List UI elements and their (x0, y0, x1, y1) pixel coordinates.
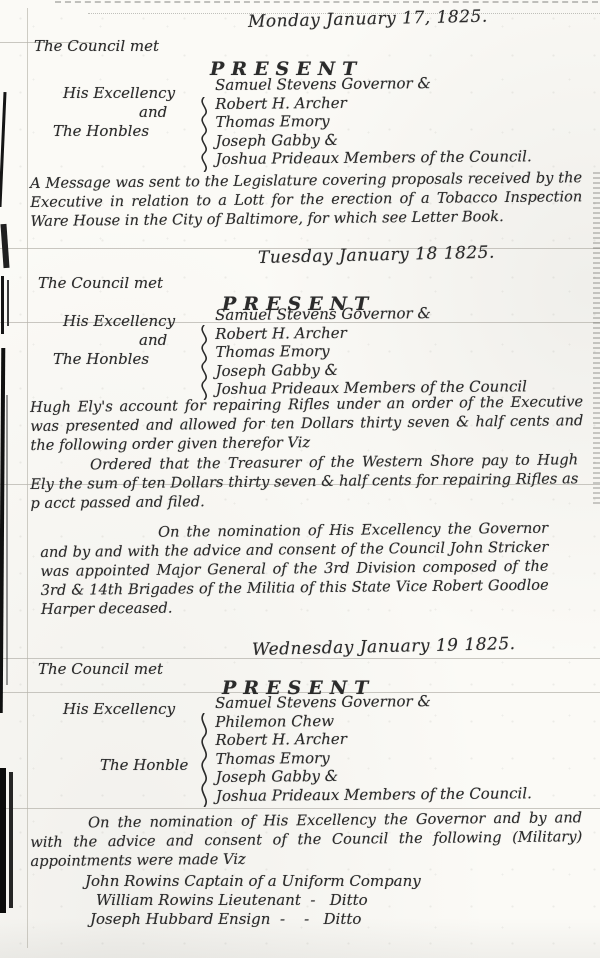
date-heading: Tuesday January 18 1825. (258, 243, 495, 268)
scan-edge-dashed-line (55, 1, 598, 3)
honorables-label: The Honble (100, 756, 188, 774)
minute-paragraph: A Message was sent to the Legislature co… (30, 168, 583, 231)
appointment-line: Joseph Hubbard Ensign - - Ditto (90, 910, 421, 929)
his-excellency-label: His Excellency (63, 312, 175, 330)
honorables-label: The Honbles (53, 350, 149, 368)
minute-paragraph: On the nomination of His Excellency the … (40, 519, 549, 619)
date-heading: Wednesday January 19 1825. (252, 634, 516, 660)
brace-icon (196, 325, 210, 400)
minute-paragraph: On the nomination of His Excellency the … (30, 808, 583, 871)
attendance-block: His Excellency and The Honbles Samuel St… (45, 306, 575, 406)
council-met-line: The Council met (38, 274, 163, 292)
and-label: and (139, 331, 167, 349)
council-met-line: The Council met (38, 660, 163, 678)
and-label: and (139, 103, 167, 121)
member-name: Joshua Prideaux Members of the Council. (216, 147, 532, 168)
his-excellency-label: His Excellency (63, 84, 175, 102)
attendance-block: His Excellency and The Honbles Samuel St… (45, 76, 575, 176)
minute-entry-monday: Monday January 17, 1825. The Council met… (0, 6, 600, 242)
minute-entry-tuesday: Tuesday January 18 1825. The Council met… (0, 244, 600, 632)
member-name-list: Samuel Stevens Governor & Robert H. Arch… (215, 73, 532, 168)
date-heading: Monday January 17, 1825. (248, 7, 488, 32)
member-name-list: Samuel Stevens Governor & Robert H. Arch… (215, 303, 527, 398)
minute-paragraph: Hugh Ely's account for repairing Rifles … (30, 392, 584, 455)
appointment-list: John Rowins Captain of a Uniform Company… (60, 872, 421, 929)
attendance-block: His Excellency The Honble Samuel Stevens… (45, 694, 575, 812)
council-met-line: The Council met (34, 37, 159, 55)
minute-entry-wednesday: Wednesday January 19 1825. The Council m… (0, 634, 600, 956)
appointment-line: William Rowins Lieutenant - Ditto (96, 891, 421, 910)
appointment-line: John Rowins Captain of a Uniform Company (85, 872, 421, 891)
brace-icon (196, 713, 210, 807)
brace-icon (196, 97, 210, 172)
honorables-label: The Honbles (53, 122, 149, 140)
his-excellency-label: His Excellency (63, 700, 175, 718)
minute-paragraph: Ordered that the Treasurer of the Wester… (30, 450, 579, 513)
member-name: Joshua Prideaux Members of the Council. (216, 784, 532, 805)
manuscript-page: Monday January 17, 1825. The Council met… (0, 0, 600, 958)
member-name-list: Samuel Stevens Governor & Philemon Chew … (215, 691, 532, 805)
